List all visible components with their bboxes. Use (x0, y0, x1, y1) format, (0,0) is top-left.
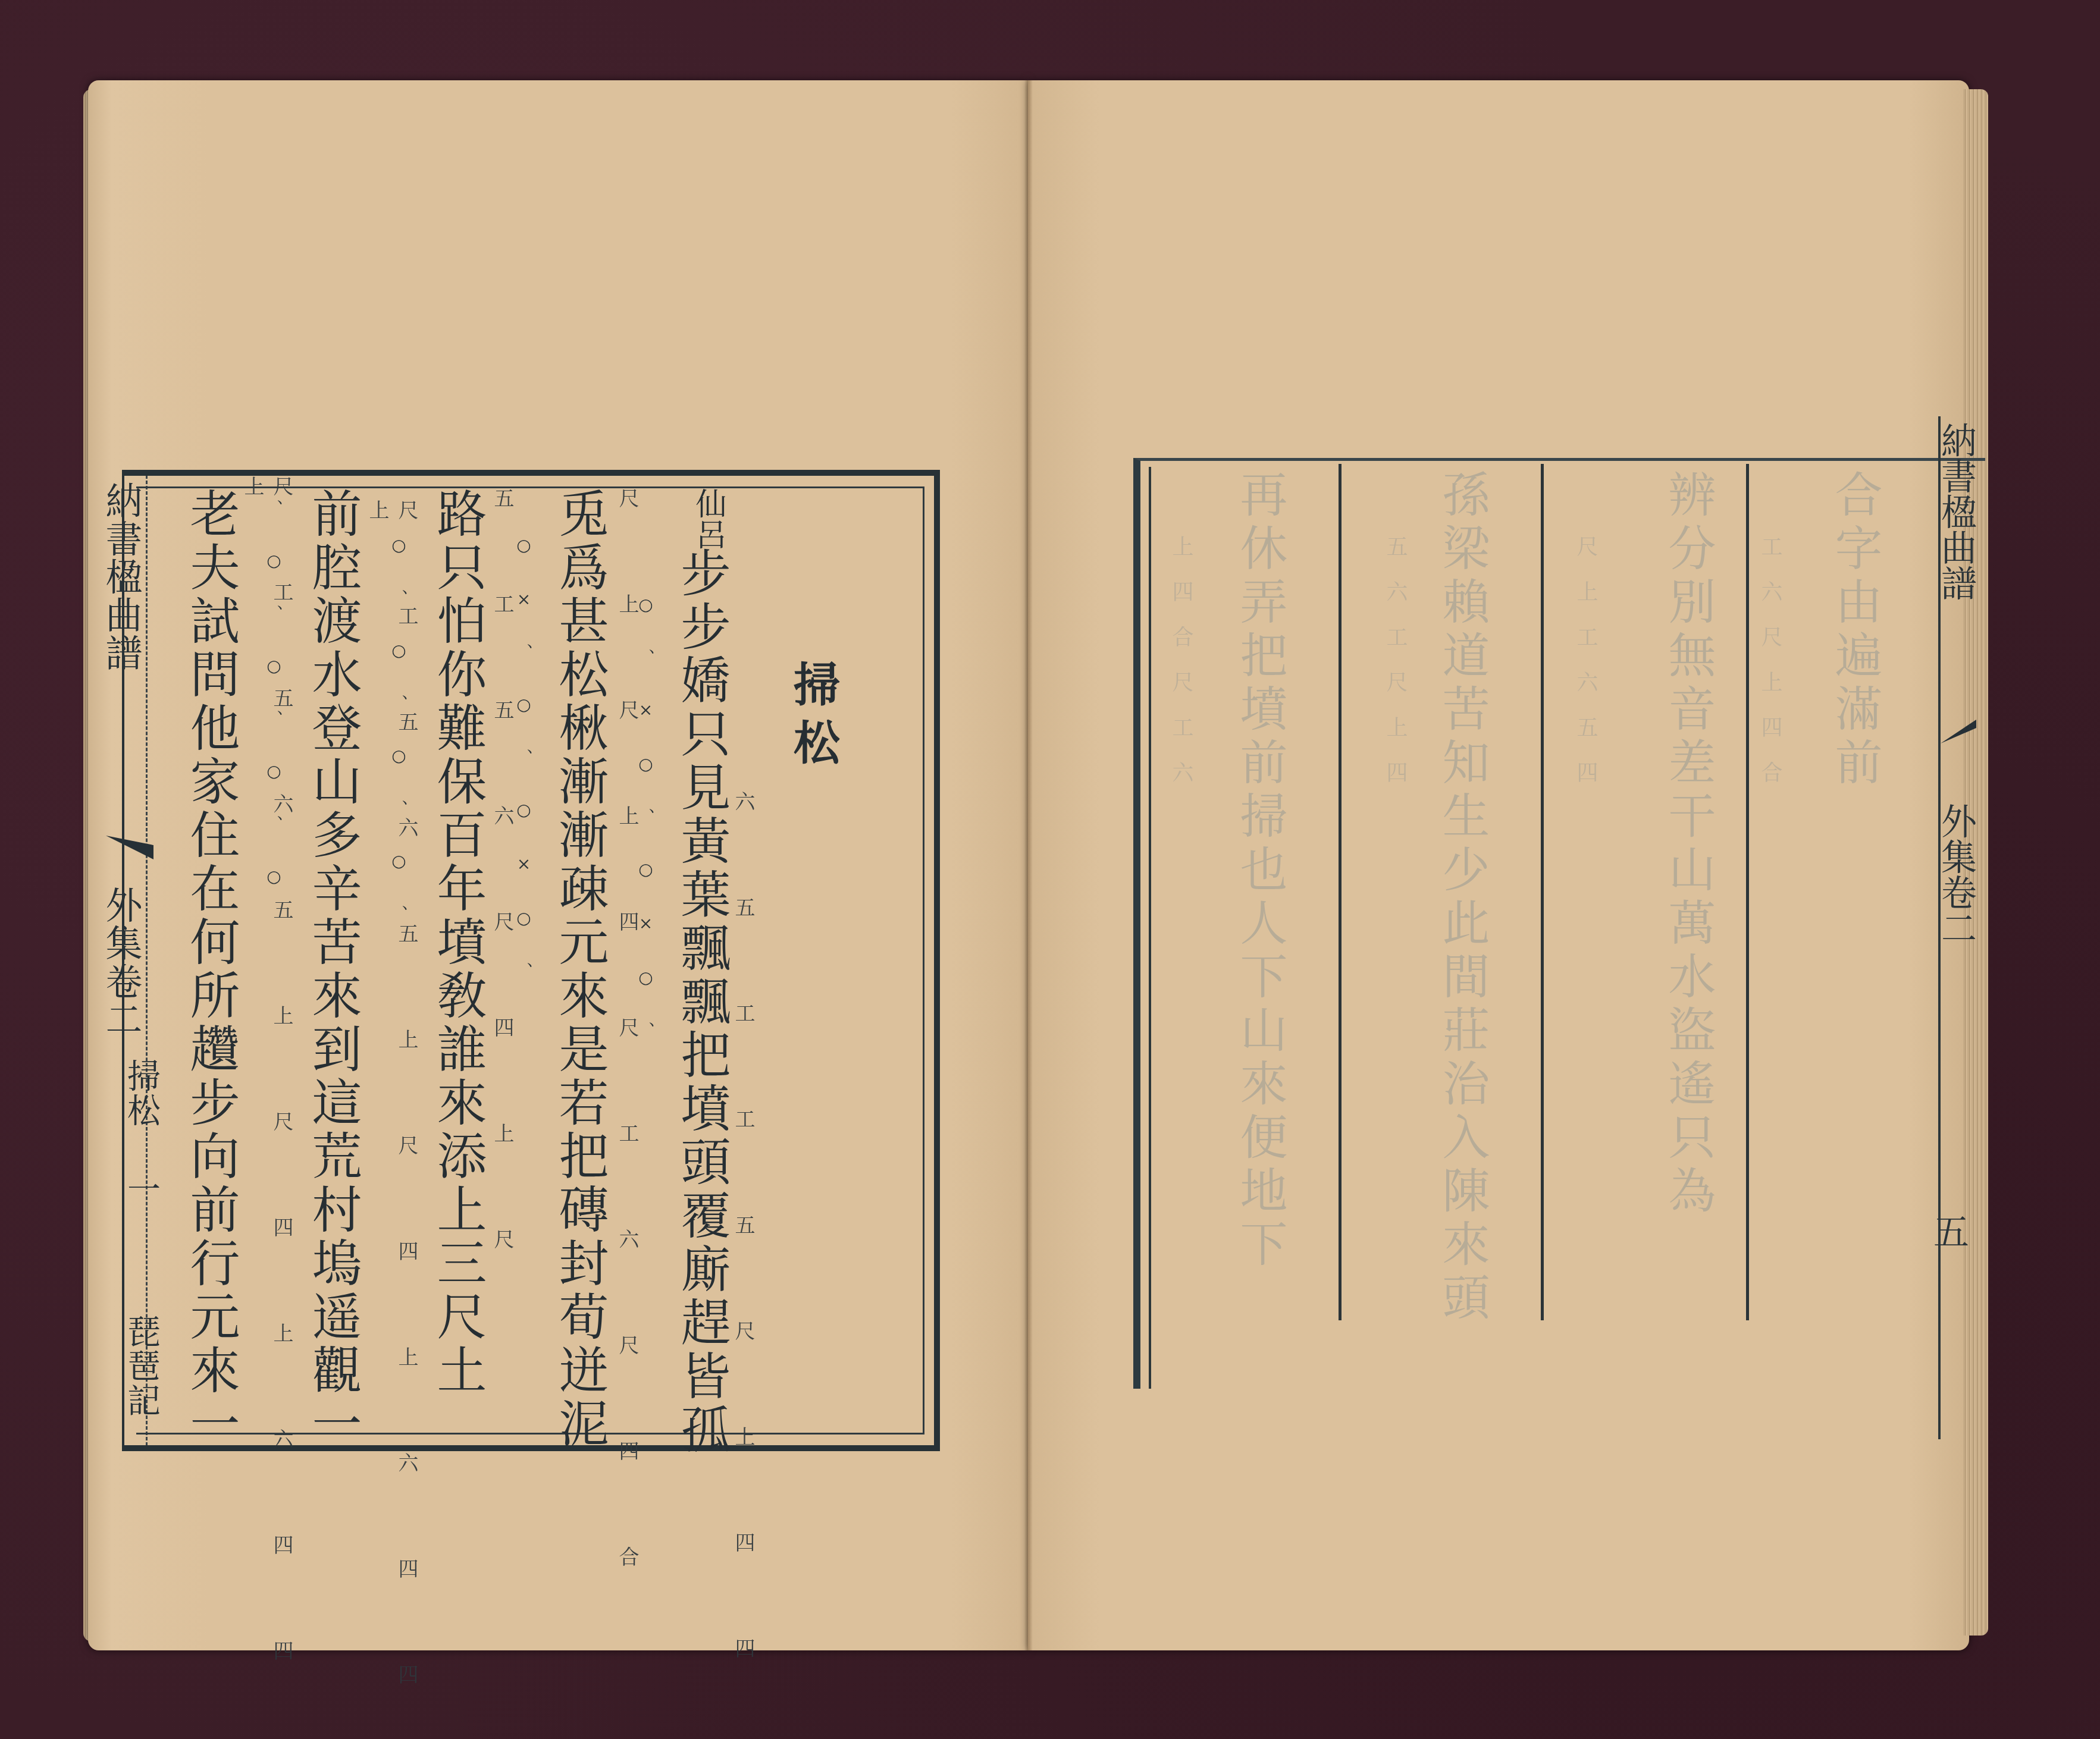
right-page-number: 五 (1933, 1204, 1969, 1255)
right-inner-frame-line (1149, 467, 1151, 1389)
right-banxin-column: 納書楹曲譜 外集卷二 五 (1938, 416, 1970, 1439)
book-gutter (1024, 80, 1033, 1650)
right-banxin-volume: 外集卷二 (1938, 803, 1974, 946)
rhythm-marks-4: 、○、○、○、○ (262, 500, 286, 921)
lyric-line-2: 兎爲甚松楸漸漸疎元來是若把磚封荀迸泥 (550, 488, 610, 1451)
notation-column-1: 六 五 工 工 五 尺 上 四 四 (729, 791, 758, 1689)
bleed-through-text: 辨分別無音差干山萬水盜遙只為 (1654, 470, 1722, 1219)
bleed-through-text: 再休弄把墳前掃也人下山來便地下 (1225, 470, 1294, 1273)
bleed-through-notation: 工六尺上四合 (1755, 535, 1785, 806)
aria-title: 掃松 (779, 660, 846, 777)
column-rule-3 (1746, 464, 1749, 1320)
rhythm-marks-1: ○、×○、○×○、 (634, 595, 657, 1073)
column-rule-2 (1541, 464, 1544, 1320)
lyric-line-3: 路只怕你難保百年墳敎誰來添上三尺土 (428, 488, 488, 1398)
lyric-line-4: 前腔渡水登山多辛苦來到這荒村塢遥觀一 (303, 488, 363, 1451)
bleed-through-notation: 尺上工六五四 (1571, 535, 1601, 806)
column-rule-1 (1339, 464, 1342, 1320)
bleed-through-text: 孫梁賴道苦知生少此間莊治入陳來頭 (1428, 470, 1496, 1326)
rhythm-marks-3: ○、○、○、○、 (387, 535, 410, 956)
lyric-line-5: 老夫試問他家住在何所趲步向前行元來一 (181, 488, 241, 1451)
right-banxin-book-title: 納書楹曲譜 (1938, 422, 1974, 601)
lyric-line-1: 步步嬌只見黃葉飄飄把墳頭覆廝趕皆孤 (672, 547, 732, 1457)
bleed-through-text: 合字由遍滿前 (1820, 470, 1889, 791)
bleed-through-notation: 上四合尺工六 (1166, 535, 1196, 806)
rhythm-marks-2: ○×、○、○×○、 (512, 535, 535, 1013)
bleed-through-notation: 五六工尺上四 (1380, 535, 1411, 806)
mode-label: 仙呂 (678, 488, 738, 550)
